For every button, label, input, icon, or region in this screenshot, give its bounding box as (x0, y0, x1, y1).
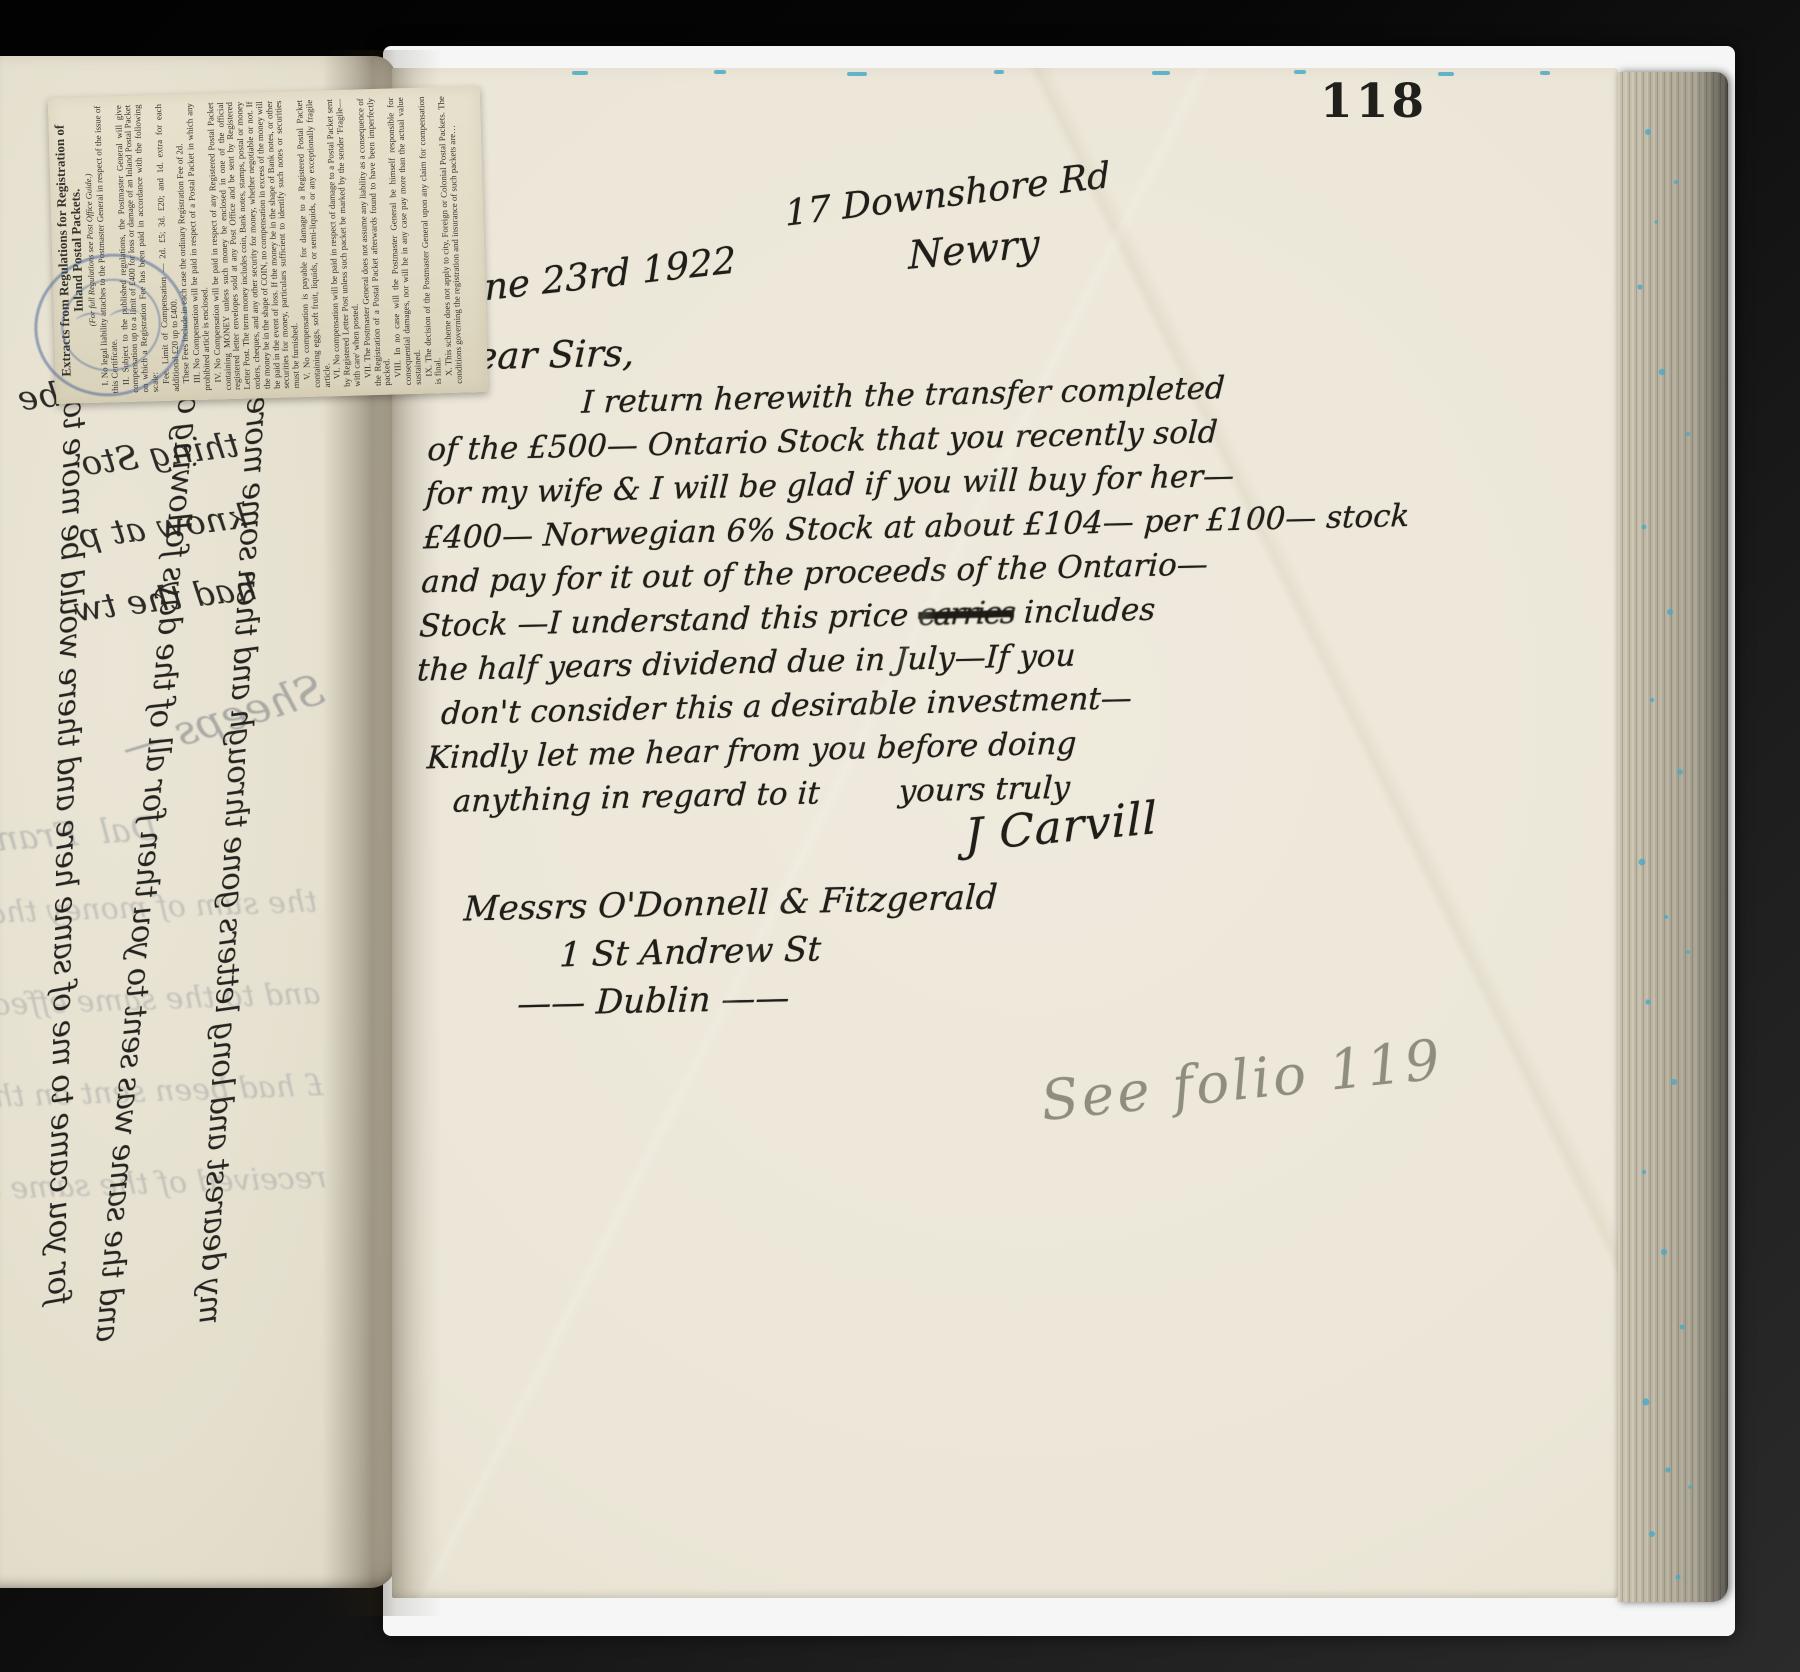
blue-edge-specks-top (392, 68, 1618, 84)
recipient-line: —— Dublin —— (516, 969, 994, 1028)
letter-address-line1: 17 Downshore Rd (784, 155, 1111, 234)
letter-date: June 23rd 1922 (445, 239, 737, 314)
page-number: 118 (1320, 74, 1427, 129)
handwritten-letter: 17 Downshore Rd Newry June 23rd 1922 Dea… (434, 165, 1354, 186)
clipping-paragraph: IV. No Compensation will be paid in resp… (206, 100, 302, 390)
letter-recipient-block: Messrs O'Donnell & Fitzgerald1 St Andrew… (458, 873, 999, 1029)
letter-body: I return herewith the transfer completed… (410, 365, 1291, 825)
right-page: 118 17 Downshore Rd Newry June 23rd 1922… (392, 68, 1618, 1598)
pencil-folio-note: See folio 119 (1038, 1027, 1446, 1133)
struck-out-word: carries (917, 591, 1015, 637)
postal-stamp-mark: ⌒⌒ (74, 297, 146, 348)
letterbook-photo: I knew to be thing Sto know at p had the… (0, 0, 1800, 1672)
letter-address-line2: Newry (908, 222, 1040, 279)
blue-marbling-specks (1618, 72, 1728, 1602)
fore-edge-page-stack (1618, 72, 1728, 1602)
